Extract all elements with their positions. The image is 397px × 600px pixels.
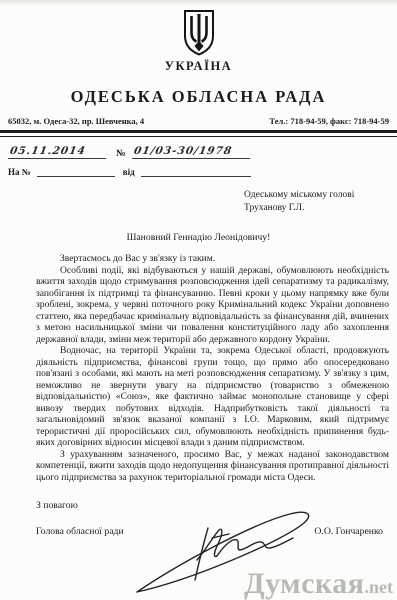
- reply-from-blank-field: [141, 166, 251, 177]
- organization-title: ОДЕСЬКА ОБЛАСНА РАДА: [0, 87, 397, 107]
- date-field: 05.11.2014: [8, 145, 106, 159]
- signature-row: Голова обласної ради О.О. Гончаренко: [36, 526, 383, 537]
- paragraph: Звертаємось до Вас у зв'язку із таким.: [36, 253, 389, 265]
- recipient-name: Труханову Г.Л.: [244, 202, 397, 215]
- handwritten-number: 01/03-30/1978: [132, 145, 232, 157]
- handwritten-date: 05.11.2014: [9, 145, 87, 157]
- scanned-letter-page: УКРАЇНА ОДЕСЬКА ОБЛАСНА РАДА 65032, м. О…: [0, 0, 397, 600]
- paragraph: З урахуванням зазначеного, просимо Вас, …: [36, 449, 389, 484]
- reply-no-label: На №: [8, 167, 31, 177]
- reply-from-label: від: [123, 167, 135, 177]
- watermark-text: Думская: [244, 567, 365, 600]
- country-name: УКРАЇНА: [0, 59, 397, 74]
- letterhead-divider: [0, 130, 397, 137]
- closing-phrase: З повагою: [36, 500, 397, 511]
- ukraine-trident-emblem-icon: [181, 9, 217, 57]
- reply-no-blank-field: [37, 166, 115, 177]
- signer-title: Голова обласної ради: [36, 526, 124, 537]
- dumskaya-watermark: Думская.net: [244, 569, 393, 599]
- letter-body: Звертаємось до Вас у зв'язку із таким. О…: [36, 253, 389, 483]
- letterhead-contact-row: 65032, м. Одеса-32, пр. Шевченка, 4 Тел.…: [8, 116, 389, 126]
- signer-name: О.О. Гончаренко: [314, 526, 383, 537]
- watermark-suffix: .net: [365, 577, 394, 597]
- outgoing-number-field: 01/03-30/1978: [132, 145, 250, 159]
- number-sign-label: №: [116, 149, 126, 159]
- paragraph: Особливі події, які відбуваються у нашій…: [36, 265, 389, 346]
- date-number-row: 05.11.2014 № 01/03-30/1978: [8, 145, 397, 159]
- paragraph: Водночас, на території України та, зокре…: [36, 345, 389, 449]
- recipient-block: Одеському міському голові Труханову Г.Л.: [244, 189, 397, 215]
- reply-reference-row: На № від: [8, 166, 397, 177]
- org-phone-fax: Тел.: 718-94-59, факс: 718-94-59: [269, 116, 389, 126]
- org-address: 65032, м. Одеса-32, пр. Шевченка, 4: [8, 116, 144, 126]
- salutation: Шановний Геннадію Леонідовичу!: [0, 232, 397, 243]
- recipient-title: Одеському міському голові: [244, 189, 397, 202]
